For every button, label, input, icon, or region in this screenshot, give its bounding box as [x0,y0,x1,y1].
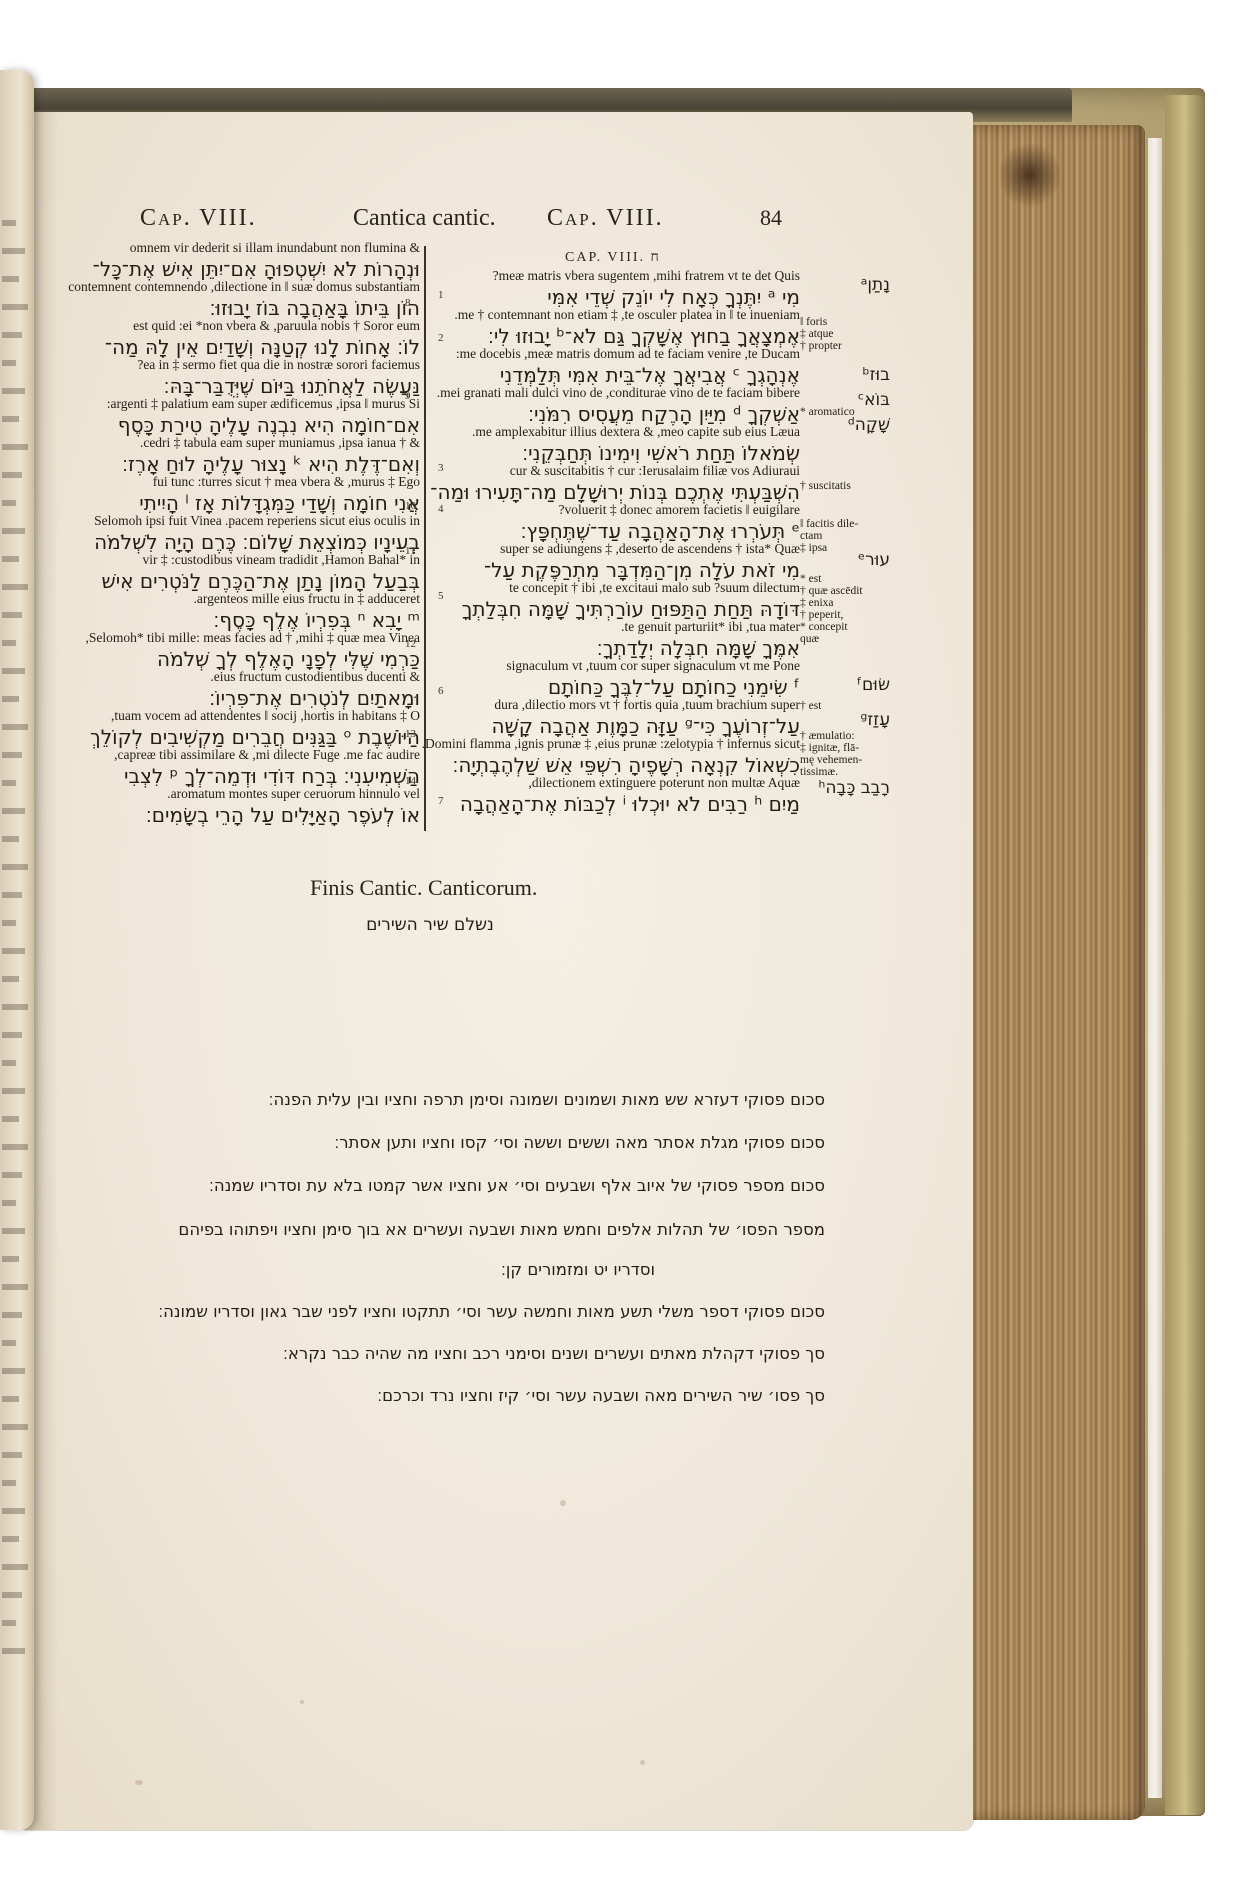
bleed-through-text [2,1004,28,1010]
verse-number: 14 [405,775,416,787]
latin-gloss-line: ,tuam vocem ad attendentes ‖ socij ,hort… [111,708,420,724]
chapter-label-right: Cap. VIII. [547,205,664,232]
foxing-spot [560,1500,566,1506]
hebrew-text-line: אוֹ לְעֹפֶר הָאַיָּלִים עַל הָרֵי בְשָׂמ… [146,803,420,827]
latin-gloss-line: .mei granati mali dulci vino de ,conditu… [437,385,800,401]
bleed-through-text [2,360,16,366]
hebrew-text-line: אַשְׁקְךָ ᵈ מִיַּיִן הָרֶקַח מֵעֲסִיס רִ… [528,402,800,426]
latin-gloss-line: ?ea in ‡ sermo fiet qua die in nostræ so… [137,357,420,373]
latin-gloss-line: te concepit † ibi ,te excitaui malo sub … [509,580,800,596]
hebrew-text-line: בְּבַעַל הָמוֹן נָתַן אֶת־הַכֶּרֶם לַנֹּ… [102,569,420,593]
bleed-through-text [2,1452,22,1458]
margin-root-word: עוּרᵉ [858,550,890,570]
chapter-subheading: CAP. VIII. ח [565,250,661,266]
bleed-through-text [2,276,19,282]
bleed-through-text [2,1396,19,1402]
bleed-through-text [2,1536,19,1542]
bleed-through-text [2,668,25,674]
margin-gloss: † est [800,700,821,712]
book-title: Cantica cantic. [353,205,496,232]
latin-gloss-line: .argenteos mille eius fructu in ‡ adduce… [193,591,420,607]
hebrew-text-line: הַשְׁמִיעִנִי׃ בְּרַח דּוֹדִי וּדְמֵה־לְ… [124,764,420,788]
bleed-through-text [2,1564,28,1570]
hebrew-text-line: כִשְׁאוֹל קִנְאָה רְשָׁפֶיהָ רִשְׁפֵּי א… [452,753,800,777]
hebrew-text-line: אֲנִי חוֹמָה וְשָׁדַי כַּמִּגְדָּלוֹת אָ… [139,491,420,515]
bleed-through-text [2,1256,19,1262]
latin-gloss-line: Selomoh ipsi fuit Vinea .pacem reperiens… [94,513,420,529]
hebrew-text-line: הִשְׁבַּעְתִּי אֶתְכֶם בְּנוֹת יְרוּשָׁל… [430,480,800,504]
margin-root-word: שׂוּםᶠ [857,675,890,695]
latin-gloss-line: ,dilectionem extinguere poterunt non mul… [529,775,800,791]
margin-root-word: בוּזᵇ [862,365,890,385]
latin-gloss-line: .me amplexabitur illius dextera & ,meo c… [472,424,800,440]
verse-number: 11 [405,545,416,557]
margin-root-word: בּוֹאᶜ [858,390,890,410]
hebrew-text-line: אִם־חוֹמָה הִיא נִבְנֶה עָלֶיהָ טִירַת כ… [118,413,420,437]
hebrew-text-line: כַּרְמִי שֶׁלִּי לְפָנָי הָאֶלֶף לְךָ שְ… [157,647,420,671]
foxing-spot [135,1780,143,1785]
verse-number: 9 [405,390,411,402]
margin-gloss: * est † quæ ascēdit ‡ enixa † peperit, *… [800,573,863,645]
page-fore-edge [970,125,1145,1820]
masorah-line: סכום פסוקי דספר משלי תשע מאות וחמשה עשר … [158,1302,825,1321]
hebrew-text-line: מִי זֹאת עֹלָה מִן־הַמִּדְבָּר מִתְרַפֶּ… [484,558,800,582]
latin-gloss-line: signaculum vt ,tuum cor super signaculum… [506,658,800,674]
latin-gloss-line: .cedri ‡ tabula eam super muniamus ,ipsa… [140,435,420,451]
bleed-through-text [2,1116,19,1122]
margin-root-word: עָזַזᵍ [861,710,890,730]
bleed-through-text [2,1592,22,1598]
bleed-through-text [2,1144,28,1150]
bleed-through-text [2,304,28,310]
bleed-through-text [2,1648,25,1654]
latin-gloss-line: cur & suscitabitis † cur :Ierusalaim fil… [510,463,800,479]
latin-gloss-line: ,Selomoh* tibi mille: meas facies ad † ,… [85,630,420,646]
masorah-line: מספר הפסו׳ של תהלות אלפים וחמש מאות ושבע… [178,1220,825,1239]
hebrew-text-line: אֶנְהָגְךָ ᶜ אֲבִיאֲךָ אֶל־בֵּית אִמִּי … [500,363,800,387]
margin-gloss: † suscitatis [800,480,851,492]
hebrew-text-line: מַיִם ʰ רַבִּים לֹא יוּכְלוּ ⁱ לְכַבּוֹת… [460,792,800,816]
verse-number: 1 [438,289,444,301]
bleed-through-text [2,1032,22,1038]
book-board-right-edge [1165,95,1205,1815]
hebrew-text-line: נַּעֲשֶׂה לַאֲחֹתֵנוּ בַּיּוֹם שֶׁיְּדֻב… [164,374,420,398]
hebrew-text-line: וְאִם־דֶּלֶת הִיא ᵏ נָצוּר עָלֶיהָ לוּחַ… [122,452,420,476]
hebrew-text-line: שְׂמֹאלוֹ תַּחַת רֹאשִׁי וִימִינוֹ תְּחַ… [522,441,800,465]
bleed-through-text [2,948,25,954]
stain-mark [1000,140,1060,210]
bleed-through-text [2,696,19,702]
latin-gloss-line: .eius fructum custodientibus ducenti & [210,669,420,685]
bleed-through-text [2,1508,25,1514]
hebrew-text-line: ᵉ תְּעֹרְרוּ אֶת־הָאַהֲבָה עַד־שֶׁתֶּחְפ… [521,519,800,543]
hebrew-text-line: עַל־זְרוֹעֶךָ כִּי־ᵍ עַזָּה כַמָּוֶת אַה… [491,714,800,738]
folio-number: 84 [760,205,782,231]
verse-number: 6 [438,685,444,697]
masorah-line: סכום פסוקי מגלת אסתר מאה וששים וששה וסי׳… [334,1133,825,1152]
bleed-through-text [2,976,19,982]
masorah-line: סכום מספר פסוקי של איוב אלף ושבעים וסי׳ … [209,1176,825,1195]
latin-gloss-line: .aromatum montes super ceruorum hinnulo … [167,786,420,802]
margin-gloss: ‖ facitis dile- ctam ‡ ipsa [800,518,858,554]
margin-root-word: שָׁקָהᵈ [848,415,890,435]
bleed-through-text [2,556,19,562]
endpaper-edge [1148,138,1162,1798]
bleed-through-text [2,724,28,730]
bleed-through-text [2,808,25,814]
bleed-through-text [2,1284,28,1290]
masorah-line: סכום פסוקי דעזרא שש מאות ושמונים ושמונה … [269,1090,825,1109]
bleed-through-text [2,1200,16,1206]
hebrew-text-line: הוֹן בֵּיתוֹ בָּאַהֲבָה בּוֹז יָבוּזוּ׃ [210,296,420,320]
verse-number: 5 [438,590,444,602]
margin-gloss: * aromatico [800,406,855,418]
chapter-label-left: Cap. VIII. [140,205,257,232]
hebrew-text-line: וּנְהָרוֹת לֹא יִשְׁטְפוּהָ אִם־יִתֵּן א… [93,257,420,281]
latin-gloss-line: :argenti ‡ palatium eam super ædificemus… [107,396,420,412]
verse-number: 4 [438,503,444,515]
bleed-through-text [2,332,22,338]
verse-number: 8 [405,297,411,309]
verse-number: 3 [438,462,444,474]
latin-gloss-line: .Domini flamma ,ignis prunæ ‡ ,eius prun… [422,736,800,752]
margin-root-word: רָבַב כָּבָהʰ [819,778,890,798]
bleed-through-text [2,892,22,898]
bleed-through-text [2,1312,22,1318]
verse-number: 12 [405,638,416,650]
verse-number: 2 [438,332,444,344]
latin-gloss-line: super se adiungens ‡ ,deserto de ascende… [500,541,800,557]
hebrew-text-line: אִמֶּךָ שָׁמָּה חִבְּלָה יְלָדַתְךָ׃ [597,636,800,660]
hebrew-colophon: נשלם שיר השירים [340,915,520,935]
foxing-spot [300,1700,304,1704]
hebrew-text-line: אֶמְצָאֲךָ בַחוּץ אֶשָּׁקְךָ גַּם לֹא־ᵇ … [488,324,800,348]
latin-gloss-line: .te genuit parturiit* ibi ,tua mater [621,619,800,635]
bleed-through-text [2,248,25,254]
margin-root-word: נָתַןᵃ [861,275,890,295]
bleed-through-text [2,752,22,758]
bleed-through-text [2,416,19,422]
bleed-through-text [2,640,16,646]
bleed-through-text [2,444,28,450]
masorah-line: סך פסו׳ שיר השירים מאה ושבעה עשר וסי׳ קי… [377,1386,825,1405]
running-head: Cap. VIII. Cantica cantic. Cap. VIII. 84 [0,205,1260,237]
bleed-through-text [2,836,19,842]
verse-number: 10 [405,500,416,512]
bleed-through-text [2,472,22,478]
hebrew-text-line: הַיּוֹשֶׁבֶת ᵒ בַּגַּנִּים חֲבֵרִים מַקְ… [90,725,420,749]
latin-gloss-line: dura ,dilectio mors vt † fortis quia ,tu… [494,697,800,713]
masorah-line: סך פסוקי דקהלת מאתים ועשרים ושנים וסימני… [283,1344,825,1363]
bleed-through-text [2,1480,16,1486]
bleed-through-text [2,1088,25,1094]
hebrew-text-line: ᵐ יָבִא ⁿ בְּפִרְיוֹ אֶלֶף כָּסֶף׃ [213,608,420,632]
bleed-through-text [2,864,28,870]
bleed-through-text [2,1340,16,1346]
hebrew-text-line: דּוֹדָהּ תַּחַת הַתַּפּוּחַ עוֹרַרְתִּיך… [462,597,800,621]
margin-gloss: ‖ foris ‡ atque † propter [800,316,842,352]
bleed-through-text [2,1424,28,1430]
verse-number: 7 [438,795,444,807]
bleed-through-text [2,920,16,926]
latin-gloss-line: fui tunc :turres sicut † mea vbera & ,mu… [153,474,420,490]
latin-gloss-line: est quid :ei *non vbera & ,paruula nobis… [133,318,420,334]
latin-gloss-line: contemnent contemnendo ,dilectione in ‖ … [68,279,420,295]
hebrew-text-line: ᶠ שִׂימֵנִי כַחוֹתָם עַל־לִבֶּךָ כַּחוֹת… [548,675,800,699]
bleed-through-text [2,500,16,506]
latin-gloss-line: ?meæ matris vbera sugentem ,mihi fratrem… [493,268,800,284]
latin-gloss-line: :me docebis ,meæ matris domum ad te faci… [456,346,800,362]
latin-gloss-line: omnem vir dederit si illam inundabunt no… [130,240,420,256]
foxing-spot [640,1760,645,1765]
previous-leaf-curl [0,70,34,1830]
bleed-through-text [2,1368,25,1374]
bleed-through-text [2,1620,16,1626]
bleed-through-text [2,584,28,590]
latin-gloss-line: ?voluerit ‡ donec amorem facietis ‖ euig… [559,502,800,518]
verse-number: 13 [405,728,416,740]
latin-gloss-line: .me † contemnant non etiam ‡ ,te osculer… [454,307,800,323]
masorah-line: וסדריו יט ומזמורים קן׃ [501,1260,655,1279]
hebrew-text-line: בְעֵינָיו כְּמוֹצְאֵת שָׁלוֹם׃ כֶּרֶם הָ… [94,530,420,554]
bleed-through-text [2,780,16,786]
latin-gloss-line: ,capreæ tibi assimilare & ,mi dilecte Fu… [114,747,420,763]
hebrew-text-line: וּמָאתַיִם לְנֹטְרִים אֶת־פִּרְיוֹ׃ [209,686,420,710]
bleed-through-text [2,1060,16,1066]
latin-gloss-line: vir ‡ :custodibus vineam tradidit ,Hamon… [143,552,420,568]
hebrew-text-line: לוֹ׃ אָחוֹת לָנוּ קְטַנָּה וְשָׁדַיִם אֵ… [105,335,420,359]
finis-colophon: Finis Cantic. Canticorum. [310,875,537,901]
hebrew-text-line: מִי ᵃ יִתֶּנְךָ כְּאָח לִי יוֹנֵק שְׁדֵי… [547,285,800,309]
bleed-through-text [2,1228,25,1234]
bleed-through-text [2,1172,22,1178]
bleed-through-text [2,612,22,618]
margin-gloss: † æmulatio: ‡ ignitæ, flā- mę vehemen- t… [800,730,862,778]
bleed-through-text [2,388,25,394]
bleed-through-text [2,528,25,534]
